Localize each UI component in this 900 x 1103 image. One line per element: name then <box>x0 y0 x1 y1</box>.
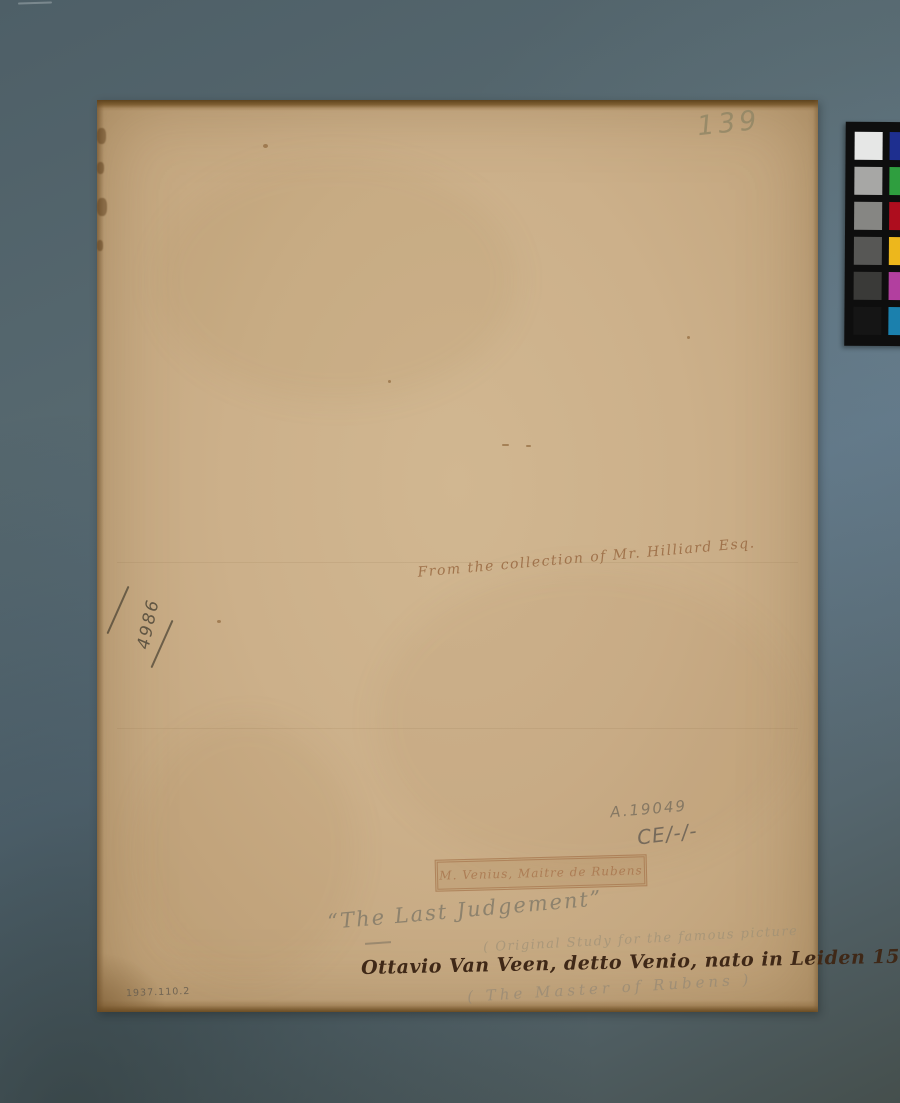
collector-stamp: M. Venius, Maitre de Rubens <box>435 854 648 892</box>
title-inscription: “The Last Judgement” <box>326 886 603 934</box>
vertical-inventory-number: 4986 <box>134 597 164 651</box>
drawing-verso-sheet: 139 From the collection of Mr. Hilliard … <box>97 100 818 1012</box>
paper-bottom-edge <box>97 1000 818 1012</box>
foxing-spot <box>263 144 268 148</box>
discoloration <box>137 720 357 980</box>
foxing-spot <box>217 620 221 623</box>
edge-stain <box>97 162 104 174</box>
foxing-spot <box>687 336 690 339</box>
verso-photograph: 139 From the collection of Mr. Hilliard … <box>0 0 900 1103</box>
underline-mark <box>365 941 391 945</box>
gray-patch-darker <box>854 272 882 300</box>
folio-number: 139 <box>696 105 762 142</box>
color-patch-cyan <box>888 307 900 335</box>
gray-patch-black <box>853 307 881 335</box>
discoloration <box>157 160 517 400</box>
accession-number: 1937.110.2 <box>126 986 191 999</box>
edge-stain <box>97 128 106 144</box>
gray-patch-light <box>854 167 882 195</box>
stamp-label: M. Venius, Maitre de Rubens <box>439 863 643 882</box>
paper-right-edge <box>813 100 818 1012</box>
color-patch-yellow <box>889 237 900 265</box>
paper-left-edge <box>97 100 104 1012</box>
edge-stain <box>97 198 107 216</box>
crease-line <box>117 728 798 729</box>
gray-patch-white <box>855 132 883 160</box>
edge-stain <box>97 240 103 251</box>
gray-patch-dark <box>854 237 882 265</box>
flourish-stroke <box>107 586 130 634</box>
color-patch-red <box>889 202 900 230</box>
foxing-spot <box>526 445 531 447</box>
color-patch-blue <box>890 132 900 160</box>
discoloration <box>377 570 797 870</box>
color-calibration-chart <box>844 122 900 347</box>
foxing-spot <box>502 444 509 446</box>
color-patch-magenta <box>889 272 900 300</box>
foxing-spot <box>388 380 391 383</box>
corner-stain <box>97 952 167 1012</box>
color-patch-green <box>889 167 900 195</box>
inventory-number-group: 4986 <box>113 582 173 674</box>
gray-patch-mid <box>854 202 882 230</box>
